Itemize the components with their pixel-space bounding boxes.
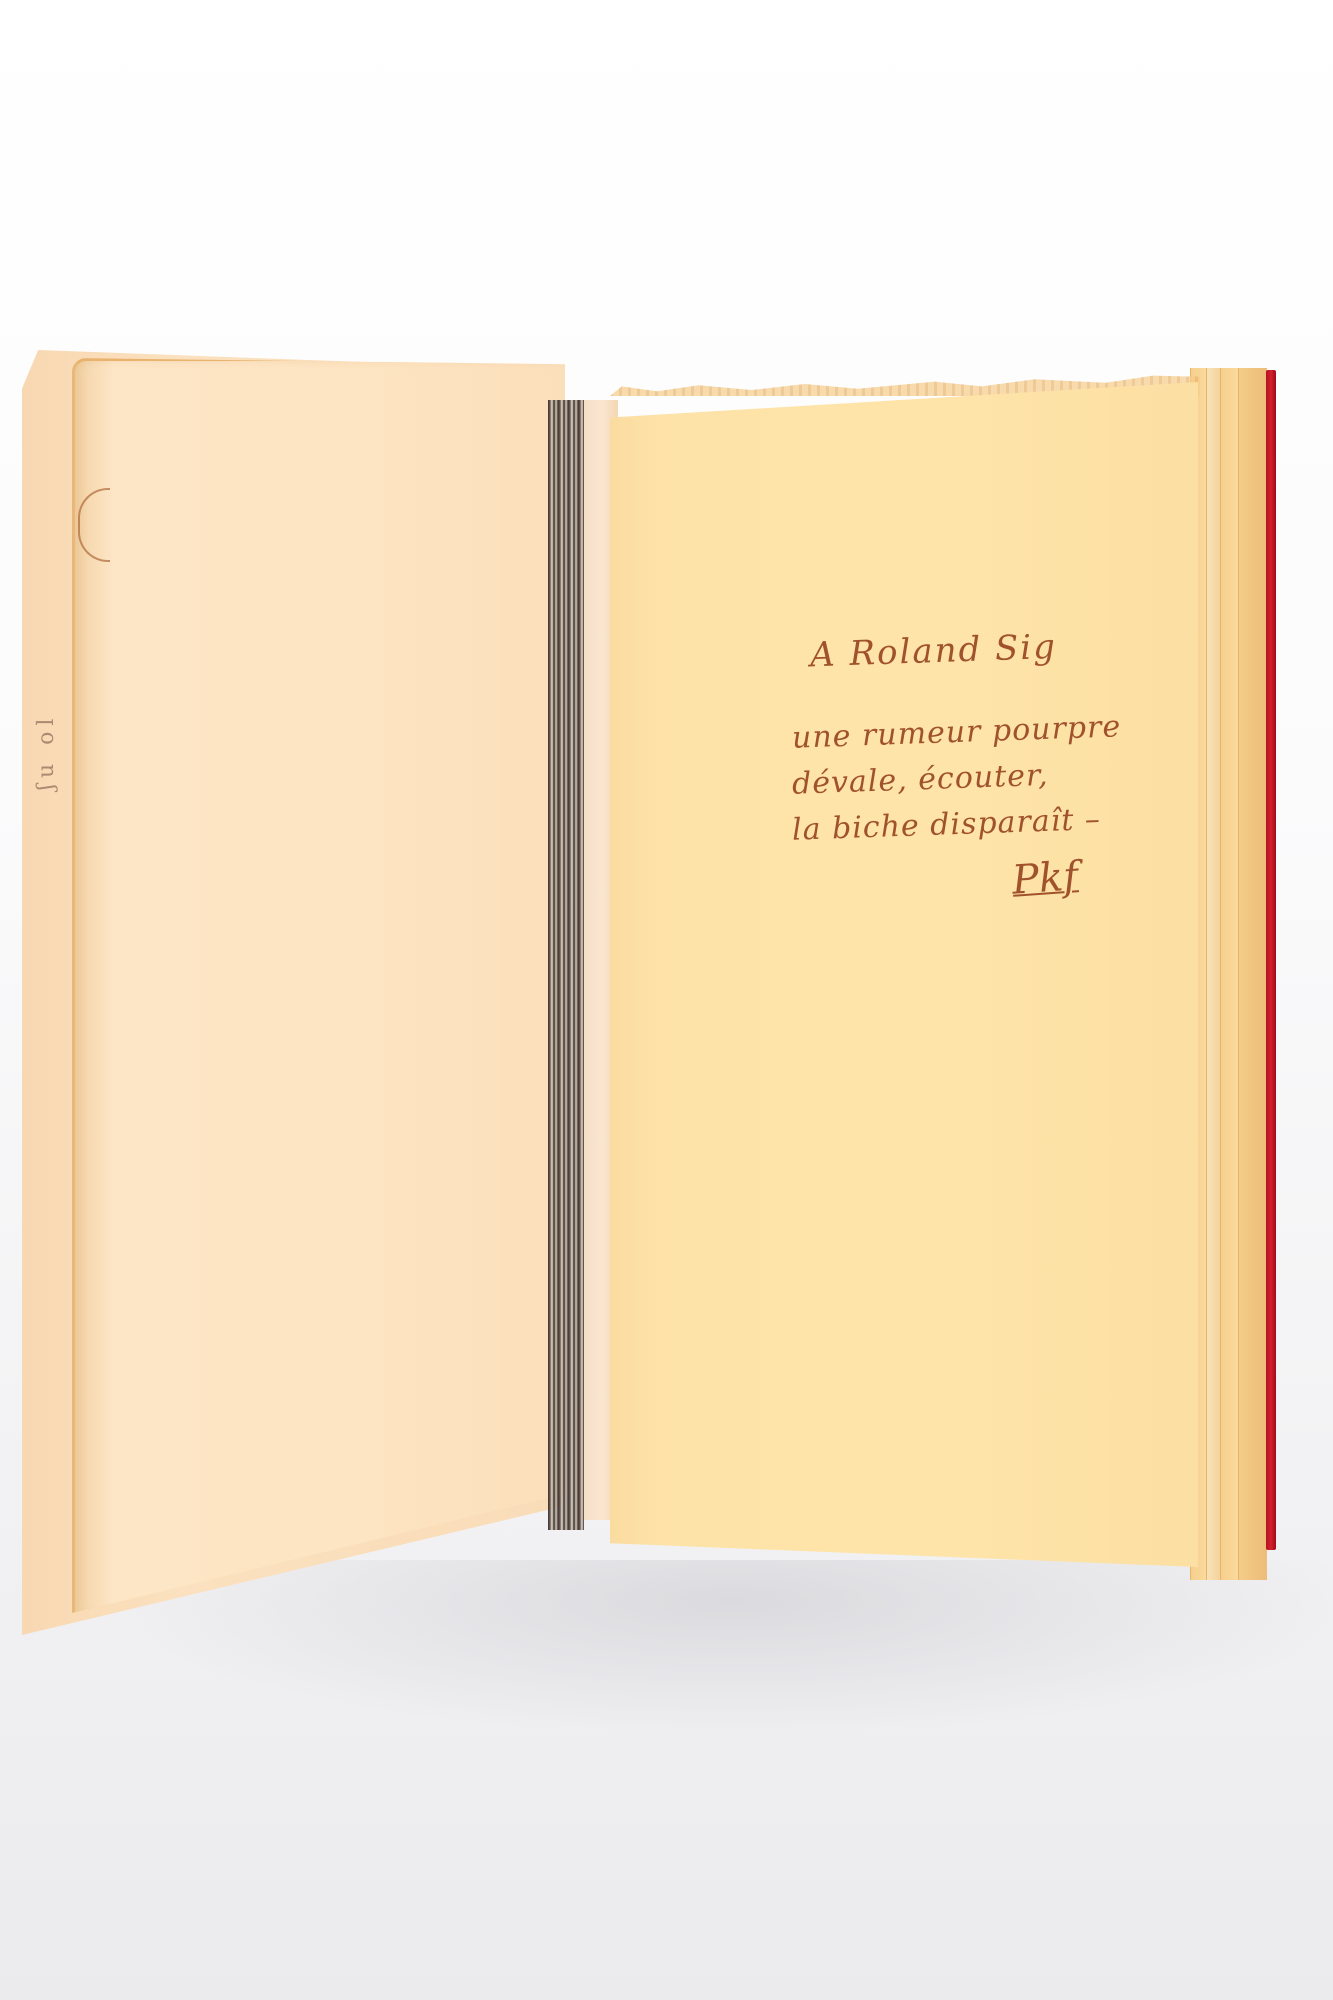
book-photo-scene: ʃu ol A Roland Sig une rumeur pourpre dé… [0,0,1333,2000]
dedication-line: A Roland Sig [809,625,1121,676]
red-cover-edge [1266,370,1276,1550]
page-edge-4 [1238,368,1267,1580]
handwritten-inscription: A Roland Sig une rumeur pourpre dévale, … [792,630,1121,900]
margin-pencil-notes: ʃu ol [34,500,94,790]
right-page [610,382,1198,1567]
author-signature: Pkf [1011,850,1123,904]
book-gutter-spine [548,400,584,1530]
left-flyleaf-inner [72,358,565,1613]
